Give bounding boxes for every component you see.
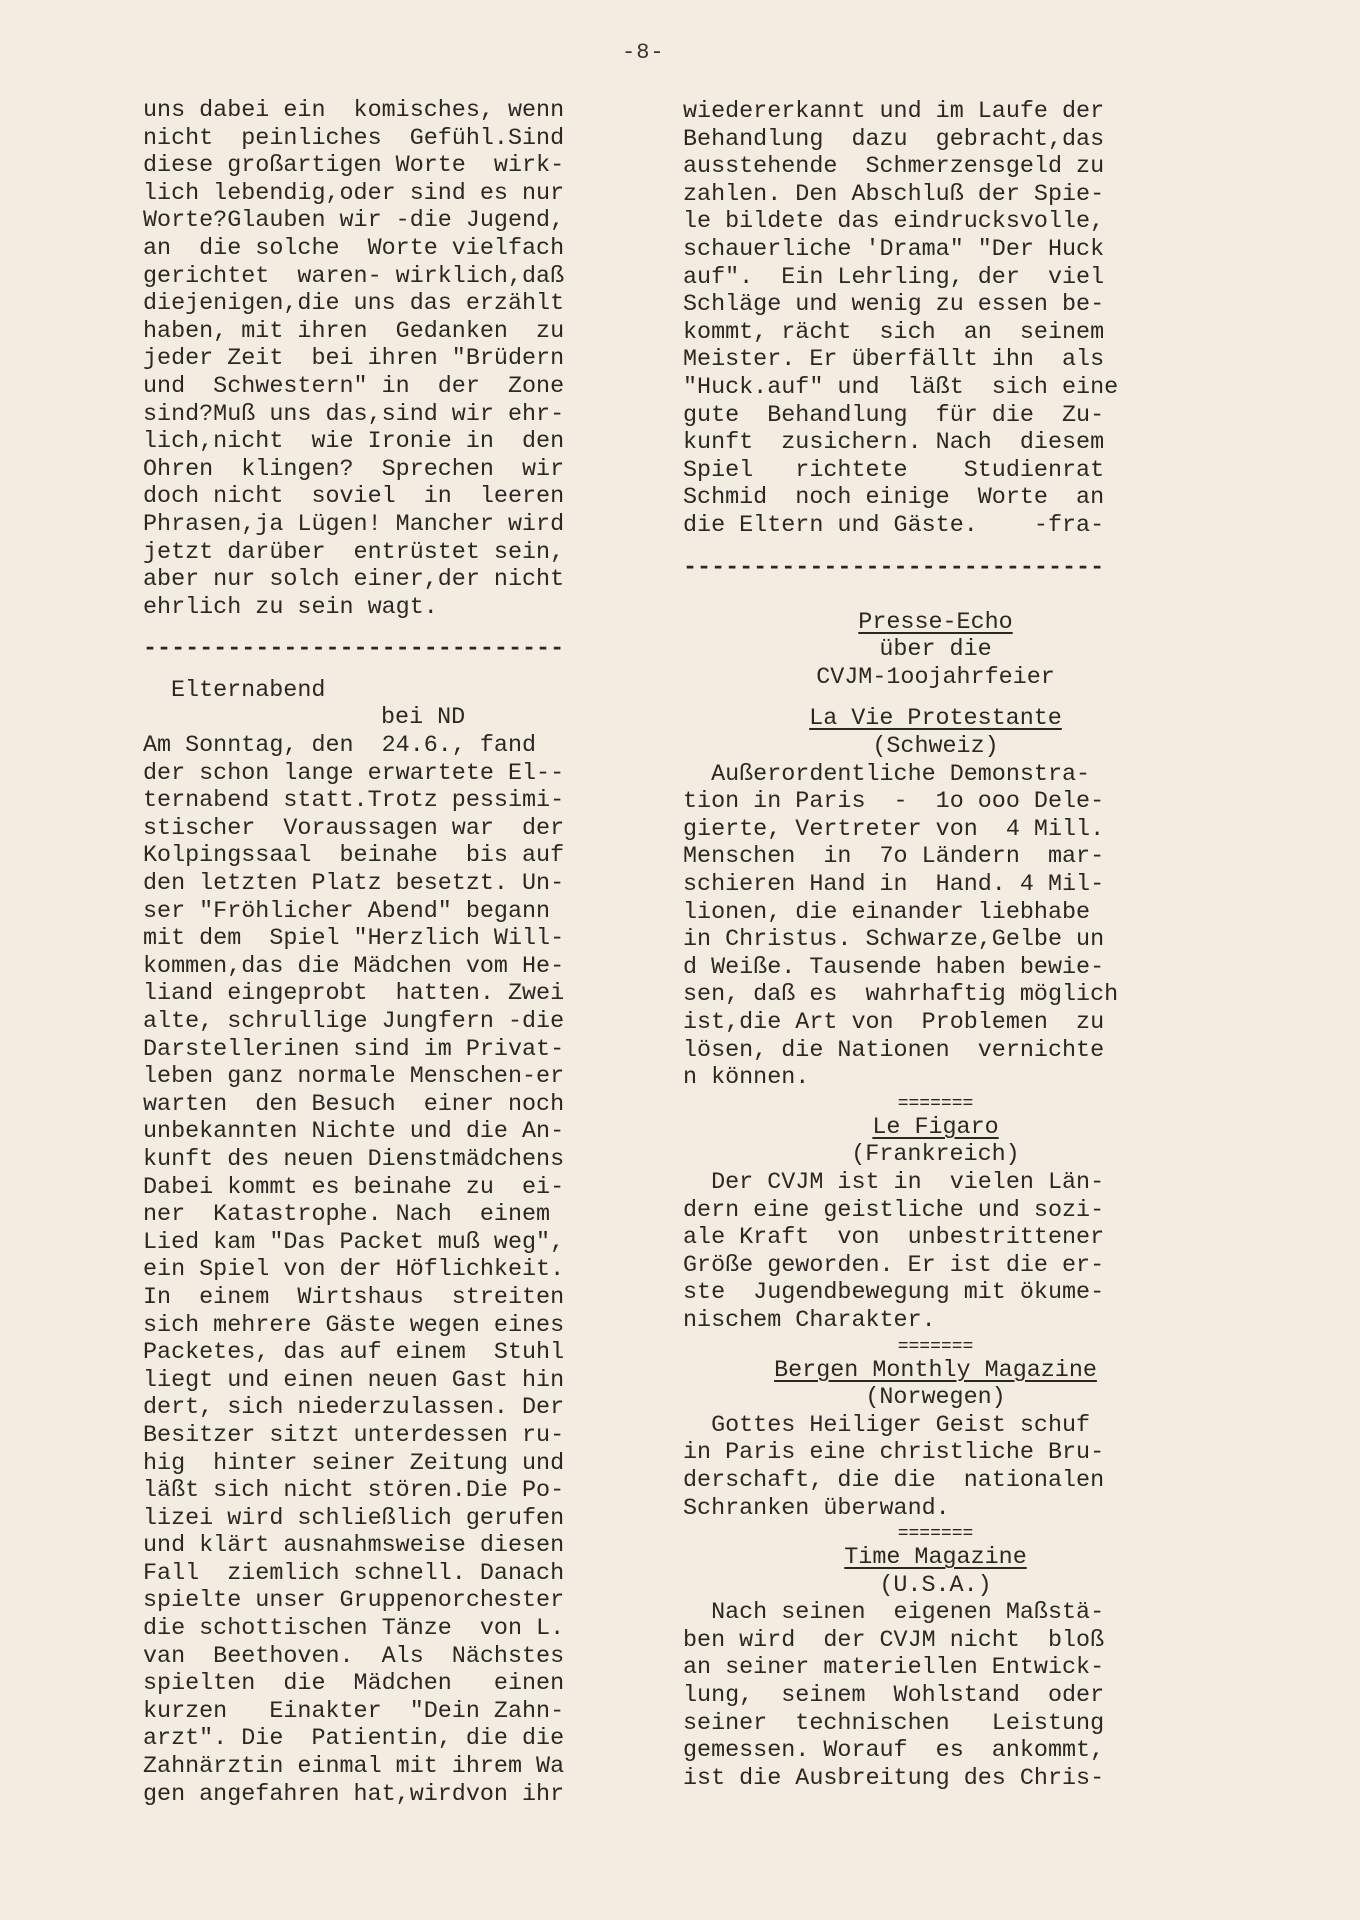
text-line: liegt und einen neuen Gast hin bbox=[143, 1368, 643, 1396]
text-line: an seiner materiellen Entwick- bbox=[683, 1655, 1188, 1683]
text-line: gerichtet waren- wirklich,daß bbox=[143, 264, 643, 292]
text-line: Schmid noch einige Worte an bbox=[683, 485, 1188, 513]
text-line: ein Spiel von der Höflichkeit. bbox=[143, 1257, 643, 1285]
source-divider: ======= bbox=[683, 1336, 1188, 1358]
left-column: uns dabei ein komisches, wennnicht peinl… bbox=[143, 98, 643, 1809]
continued-article: uns dabei ein komisches, wennnicht peinl… bbox=[143, 98, 643, 622]
text-line: kunft des neuen Dienstmädchens bbox=[143, 1147, 643, 1175]
text-line: Menschen in 7o Ländern mar- bbox=[683, 844, 1188, 872]
text-line: Schläge und wenig zu essen be- bbox=[683, 292, 1188, 320]
text-line: stischer Voraussagen war der bbox=[143, 816, 643, 844]
section-separator: ------------------------------ bbox=[143, 636, 643, 664]
text-line: Packetes, das auf einem Stuhl bbox=[143, 1340, 643, 1368]
text-line: van Beethoven. Als Nächstes bbox=[143, 1644, 643, 1672]
text-line: leben ganz normale Menschen-er bbox=[143, 1064, 643, 1092]
text-line: Behandlung dazu gebracht,das bbox=[683, 127, 1188, 155]
text-line: alte, schrullige Jungfern -die bbox=[143, 1009, 643, 1037]
text-line: die schottischen Tänze von L. bbox=[143, 1616, 643, 1644]
source-name: Le Figaro bbox=[872, 1115, 998, 1141]
text-line: lich,nicht wie Ironie in den bbox=[143, 429, 643, 457]
source-country: (U.S.A.) bbox=[683, 1573, 1188, 1601]
text-line: aber nur solch einer,der nicht bbox=[143, 567, 643, 595]
text-line: In einem Wirtshaus streiten bbox=[143, 1285, 643, 1313]
text-line: seiner technischen Leistung bbox=[683, 1711, 1188, 1739]
article-title: Elternabend bbox=[143, 678, 643, 706]
text-line: spielte unser Gruppenorchester bbox=[143, 1588, 643, 1616]
text-line: ausstehende Schmerzensgeld zu bbox=[683, 154, 1188, 182]
text-line: Ohren klingen? Sprechen wir bbox=[143, 457, 643, 485]
press-echo-section: Presse-Echo über die CVJM-1oojahrfeier L… bbox=[683, 610, 1188, 1794]
text-line: Nach seinen eigenen Maßstä- bbox=[683, 1600, 1188, 1628]
text-line: in Christus. Schwarze,Gelbe un bbox=[683, 927, 1188, 955]
text-line: Am Sonntag, den 24.6., fand bbox=[143, 733, 643, 761]
text-line: Der CVJM ist in vielen Län- bbox=[683, 1170, 1188, 1198]
text-line: Gottes Heiliger Geist schuf bbox=[683, 1413, 1188, 1441]
text-line: Lied kam "Das Packet muß weg", bbox=[143, 1230, 643, 1258]
text-line: in Paris eine christliche Bru- bbox=[683, 1440, 1188, 1468]
text-line: ner Katastrophe. Nach einem bbox=[143, 1202, 643, 1230]
text-line: arzt". Die Patientin, die die bbox=[143, 1726, 643, 1754]
text-line: dert, sich niederzulassen. Der bbox=[143, 1395, 643, 1423]
text-line: lösen, die Nationen vernichte bbox=[683, 1038, 1188, 1066]
text-line: Meister. Er überfällt ihn als bbox=[683, 347, 1188, 375]
text-line: gierte, Vertreter von 4 Mill. bbox=[683, 817, 1188, 845]
text-line: haben, mit ihren Gedanken zu bbox=[143, 319, 643, 347]
text-line: kunft zusichern. Nach diesem bbox=[683, 430, 1188, 458]
text-line: die Eltern und Gäste. -fra- bbox=[683, 513, 1188, 541]
text-line: Worte?Glauben wir -die Jugend, bbox=[143, 208, 643, 236]
text-line: ternabend statt.Trotz pessimi- bbox=[143, 788, 643, 816]
text-line: lung, seinem Wohlstand oder bbox=[683, 1683, 1188, 1711]
text-line: ben wird der CVJM nicht bloß bbox=[683, 1628, 1188, 1656]
text-line: Außerordentliche Demonstra- bbox=[683, 762, 1188, 790]
text-line: auf". Ein Lehrling, der viel bbox=[683, 265, 1188, 293]
section-title: Presse-Echo bbox=[858, 610, 1012, 636]
text-line: ste Jugendbewegung mit ökume- bbox=[683, 1280, 1188, 1308]
text-line: uns dabei ein komisches, wenn bbox=[143, 98, 643, 126]
text-line: hig hinter seiner Zeitung und bbox=[143, 1451, 643, 1479]
text-line: d Weiße. Tausende haben bewie- bbox=[683, 955, 1188, 983]
text-line: dern eine geistliche und sozi- bbox=[683, 1198, 1188, 1226]
text-line: lionen, die einander liebhabe bbox=[683, 900, 1188, 928]
continued-article: wiedererkannt und im Laufe derBehandlung… bbox=[683, 99, 1188, 541]
text-line: ist,die Art von Problemen zu bbox=[683, 1010, 1188, 1038]
source-name: Time Magazine bbox=[844, 1545, 1026, 1571]
text-line: jetzt darüber entrüstet sein, bbox=[143, 540, 643, 568]
source-country: (Schweiz) bbox=[683, 734, 1188, 762]
section-subtitle: über die bbox=[683, 637, 1188, 665]
text-line: lizei wird schließlich gerufen bbox=[143, 1506, 643, 1534]
text-line: derschaft, die die nationalen bbox=[683, 1468, 1188, 1496]
text-line: warten den Besuch einer noch bbox=[143, 1092, 643, 1120]
text-line: wiedererkannt und im Laufe der bbox=[683, 99, 1188, 127]
text-line: doch nicht soviel in leeren bbox=[143, 484, 643, 512]
text-line: gute Behandlung für die Zu- bbox=[683, 403, 1188, 431]
article-subtitle: bei ND bbox=[143, 705, 643, 733]
text-line: nischem Charakter. bbox=[683, 1308, 1188, 1336]
text-line: Spiel richtete Studienrat bbox=[683, 458, 1188, 486]
section-separator: ------------------------------ bbox=[683, 555, 1188, 583]
press-source: =======Le Figaro(Frankreich) Der CVJM is… bbox=[683, 1093, 1188, 1336]
text-line: zahlen. Den Abschluß der Spie- bbox=[683, 182, 1188, 210]
text-line: kommt, rächt sich an seinem bbox=[683, 320, 1188, 348]
text-line: tion in Paris - 1o ooo Dele- bbox=[683, 789, 1188, 817]
text-line: le bildete das eindrucksvolle, bbox=[683, 209, 1188, 237]
text-line: Darstellerinen sind im Privat- bbox=[143, 1037, 643, 1065]
text-line: kurzen Einakter "Dein Zahn- bbox=[143, 1699, 643, 1727]
text-line: ser "Fröhlicher Abend" begann bbox=[143, 899, 643, 927]
source-divider: ======= bbox=[683, 1523, 1188, 1545]
section-subtitle: CVJM-1oojahrfeier bbox=[683, 665, 1188, 693]
text-line: "Huck.auf" und läßt sich eine bbox=[683, 375, 1188, 403]
text-line: der schon lange erwartete El-- bbox=[143, 761, 643, 789]
text-line: Phrasen,ja Lügen! Mancher wird bbox=[143, 512, 643, 540]
text-line: jeder Zeit bei ihren "Brüdern bbox=[143, 346, 643, 374]
right-column: wiedererkannt und im Laufe derBehandlung… bbox=[683, 99, 1188, 1793]
article-elternabend: Elternabend bei ND Am Sonntag, den 24.6.… bbox=[143, 678, 643, 1809]
text-line: Kolpingssaal beinahe bis auf bbox=[143, 843, 643, 871]
source-divider: ======= bbox=[683, 1093, 1188, 1115]
press-source: La Vie Protestante(Schweiz) Außerordentl… bbox=[683, 706, 1188, 1092]
text-line: schauerliche 'Drama" "Der Huck bbox=[683, 237, 1188, 265]
text-line: sich mehrere Gäste wegen eines bbox=[143, 1313, 643, 1341]
text-line: Zahnärztin einmal mit ihrem Wa bbox=[143, 1754, 643, 1782]
text-line: und Schwestern" in der Zone bbox=[143, 374, 643, 402]
text-line: ale Kraft von unbestrittener bbox=[683, 1225, 1188, 1253]
text-line: diejenigen,die uns das erzählt bbox=[143, 291, 643, 319]
text-line: liand eingeprobt hatten. Zwei bbox=[143, 981, 643, 1009]
text-line: lich lebendig,oder sind es nur bbox=[143, 181, 643, 209]
text-line: unbekannten Nichte und die An- bbox=[143, 1119, 643, 1147]
text-line: nicht peinliches Gefühl.Sind bbox=[143, 126, 643, 154]
page-number: -8- bbox=[622, 40, 665, 65]
text-line: Dabei kommt es beinahe zu ei- bbox=[143, 1175, 643, 1203]
text-line: diese großartigen Worte wirk- bbox=[143, 153, 643, 181]
text-line: n können. bbox=[683, 1065, 1188, 1093]
text-line: Größe geworden. Er ist die er- bbox=[683, 1253, 1188, 1281]
text-line: Schranken überwand. bbox=[683, 1496, 1188, 1524]
text-line: ist die Ausbreitung des Chris- bbox=[683, 1766, 1188, 1794]
text-line: Besitzer sitzt unterdessen ru- bbox=[143, 1423, 643, 1451]
source-name: Bergen Monthly Magazine bbox=[774, 1358, 1097, 1384]
press-source: =======Time Magazine(U.S.A.) Nach seinen… bbox=[683, 1523, 1188, 1793]
text-line: kommen,das die Mädchen vom He- bbox=[143, 954, 643, 982]
press-source: =======Bergen Monthly Magazine(Norwegen)… bbox=[683, 1336, 1188, 1524]
source-country: (Frankreich) bbox=[683, 1142, 1188, 1170]
source-country: (Norwegen) bbox=[683, 1385, 1188, 1413]
text-line: Fall ziemlich schnell. Danach bbox=[143, 1561, 643, 1589]
text-line: und klärt ausnahmsweise diesen bbox=[143, 1533, 643, 1561]
text-line: gen angefahren hat,wirdvon ihr bbox=[143, 1782, 643, 1810]
source-name: La Vie Protestante bbox=[809, 706, 1062, 732]
text-line: sind?Muß uns das,sind wir ehr- bbox=[143, 402, 643, 430]
text-line: gemessen. Worauf es ankommt, bbox=[683, 1738, 1188, 1766]
text-line: mit dem Spiel "Herzlich Will- bbox=[143, 926, 643, 954]
text-line: schieren Hand in Hand. 4 Mil- bbox=[683, 872, 1188, 900]
text-line: den letzten Platz besetzt. Un- bbox=[143, 871, 643, 899]
text-line: an die solche Worte vielfach bbox=[143, 236, 643, 264]
text-line: sen, daß es wahrhaftig möglich bbox=[683, 982, 1188, 1010]
text-line: spielten die Mädchen einen bbox=[143, 1671, 643, 1699]
text-line: ehrlich zu sein wagt. bbox=[143, 595, 643, 623]
text-line: läßt sich nicht stören.Die Po- bbox=[143, 1478, 643, 1506]
